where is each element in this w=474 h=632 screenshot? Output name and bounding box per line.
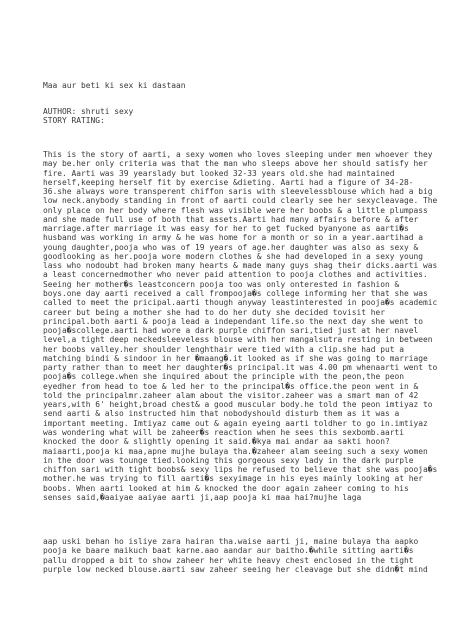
text-line: young daughter,pooja who was of 19 years… <box>43 243 437 252</box>
document-page: Maa aur beti ki sex ki dastaan AUTHOR: s… <box>0 0 474 632</box>
text-line: knocked the door & slightly opening it s… <box>43 437 437 446</box>
story-title: Maa aur beti ki sex ki dastaan <box>43 81 186 90</box>
text-line: boobs. When aarti looked at him & knocke… <box>43 484 437 493</box>
text-line: aap uski behan ho isliye zara hairan tha… <box>43 537 428 546</box>
text-line: husband was working in army & he was hom… <box>43 233 437 242</box>
text-line: was wondering what will be zaheer�s reac… <box>43 428 437 437</box>
text-line: senses said,�aaiyae aaiyae aarti ji,aap … <box>43 493 437 502</box>
text-line: her boobs valley.her shoulder lenghthair… <box>43 345 437 354</box>
text-line: called to meet the pricipal.aarti though… <box>43 298 437 307</box>
text-line: career but being a mother she had to do … <box>43 308 437 317</box>
text-line: boys.one day aarti received a call fromp… <box>43 289 437 298</box>
text-line: maiaarti,pooja ki maa,apne mujhe bulaya … <box>43 447 437 456</box>
author-line: AUTHOR: shruti sexy <box>43 107 133 116</box>
text-line: low neck.anybody standing in front of aa… <box>43 196 437 205</box>
text-line: mother.he was trying to fill aarti�s sex… <box>43 474 437 483</box>
text-line: lass who nodoubt had broken many hearts … <box>43 261 437 270</box>
text-line: party rather than to meet her daughter�s… <box>43 363 437 372</box>
text-line: principal.both aarti & pooja lead a inde… <box>43 317 437 326</box>
text-line: pallu dropped a bit to show zaheer her w… <box>43 556 428 565</box>
text-line: only place on her body where flesh was v… <box>43 206 437 215</box>
text-line: important meeting. Imtiyaz came out & ag… <box>43 419 437 428</box>
text-line: and she made full use of both that asset… <box>43 215 437 224</box>
text-line: level,a tight deep neckedsleeveless blou… <box>43 335 437 344</box>
story-meta: AUTHOR: shruti sexy STORY RATING: <box>43 107 133 126</box>
text-line: pooja�scollege.aarti had wore a dark pur… <box>43 326 437 335</box>
text-line: herself,keeping herself fit by exercise … <box>43 178 437 187</box>
text-line: a least concernedmother who never paid a… <box>43 270 437 279</box>
text-line: chiffon sari with tight boobs& sexy lips… <box>43 465 437 474</box>
text-line: may be.her only criteria was that the ma… <box>43 159 437 168</box>
text-line: send aarti & also instructed him that no… <box>43 409 437 418</box>
text-line: pooja ke baare maikuch baat karne.aao aa… <box>43 546 428 555</box>
text-line: 36.she always wore transperent chiffon s… <box>43 187 437 196</box>
text-line: eyedher from head to toe & led her to th… <box>43 382 437 391</box>
text-line: goodlooking as her.pooja wore modern clo… <box>43 252 437 261</box>
story-paragraph-1: This is the story of aarti, a sexy women… <box>43 150 437 502</box>
text-line: marriage.after marriage it was easy for … <box>43 224 437 233</box>
story-paragraph-2: aap uski behan ho isliye zara hairan tha… <box>43 537 428 574</box>
text-line: matching bindi & sindoor in her �maang�.… <box>43 354 437 363</box>
text-line: pooja�s college.when she inquired about … <box>43 372 437 381</box>
rating-line: STORY RATING: <box>43 116 133 125</box>
text-line: This is the story of aarti, a sexy women… <box>43 150 437 159</box>
text-line: in the door was tounge tied.looking this… <box>43 456 437 465</box>
text-line: purple low necked blouse.aarti saw zahee… <box>43 565 428 574</box>
text-line: told the principalmr.zaheer alam about t… <box>43 391 437 400</box>
text-line: years,with 6' height,broad chest& a good… <box>43 400 437 409</box>
text-line: Seeing her mother�s leastconcern pooja t… <box>43 280 437 289</box>
text-line: fire. Aarti was 39 yearslady but looked … <box>43 169 437 178</box>
